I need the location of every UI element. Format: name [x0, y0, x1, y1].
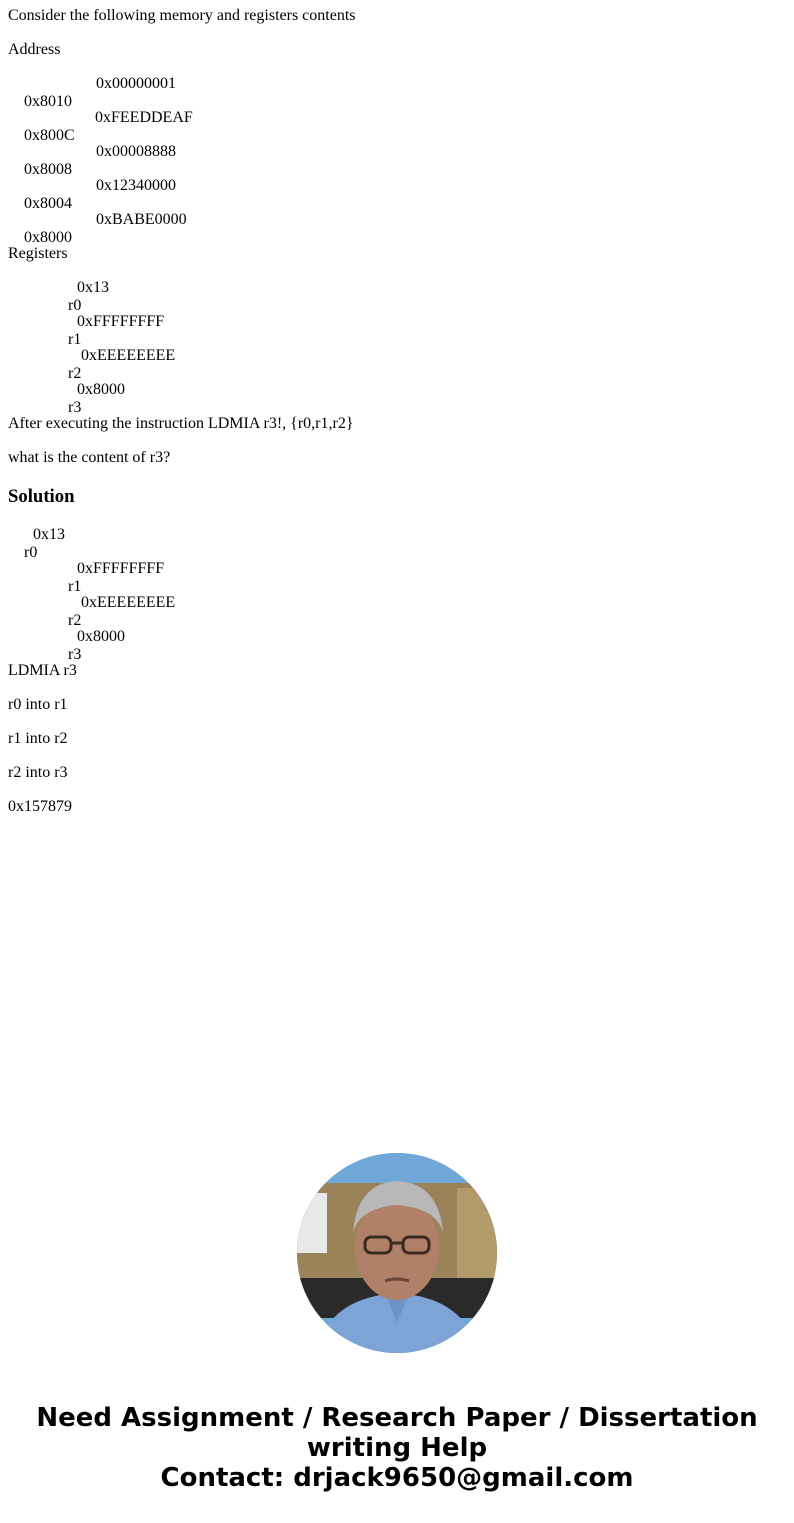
solution-register-row: r2 0xEEEEEEEE [52, 594, 252, 612]
register-name: r2 [68, 365, 81, 382]
promo-line-2: writing Help [0, 1433, 794, 1463]
solution-register-row: r1 0xFFFFFFFF [52, 560, 252, 578]
memory-row: 0x800C 0xFEEDDEAF [8, 109, 308, 127]
solution-heading: Solution [8, 486, 74, 508]
memory-value: 0x00008888 [96, 143, 176, 161]
memory-row: 0x8004 0x12340000 [8, 177, 308, 195]
register-name: r1 [68, 578, 81, 595]
register-name: r1 [68, 331, 81, 348]
register-value: 0x8000 [77, 628, 125, 646]
memory-address: 0x8010 [24, 93, 72, 110]
memory-address: 0x8000 [24, 229, 72, 246]
register-value: 0xEEEEEEEE [81, 594, 175, 612]
register-value: 0x13 [33, 526, 65, 544]
solution-step: r1 into r2 [8, 730, 68, 748]
register-row: r0 0x13 [52, 279, 252, 297]
memory-value: 0xFEEDDEAF [95, 109, 193, 127]
register-name: r3 [68, 646, 81, 663]
instruction-text: After executing the instruction LDMIA r3… [8, 415, 354, 433]
register-value: 0xFFFFFFFF [77, 560, 164, 578]
promo-line-1: Need Assignment / Research Paper / Disse… [0, 1403, 794, 1433]
register-name: r0 [68, 297, 81, 314]
memory-row: 0x8008 0x00008888 [8, 143, 308, 161]
register-value: 0x8000 [77, 381, 125, 399]
memory-header: Address [8, 41, 60, 59]
register-value: 0x13 [77, 279, 109, 297]
register-value: 0xEEEEEEEE [81, 347, 175, 365]
solution-step: r0 into r1 [8, 696, 68, 714]
promo-contact: Contact: drjack9650@gmail.com [0, 1463, 794, 1493]
register-value: 0xFFFFFFFF [77, 313, 164, 331]
memory-address: 0x800C [24, 127, 75, 144]
question-prompt: what is the content of r3? [8, 449, 170, 467]
solution-step: LDMIA r3 [8, 662, 77, 680]
solution-register-row: r0 0x13 [8, 526, 208, 544]
memory-row: 0x8010 0x00000001 [8, 75, 308, 93]
author-photo-icon [297, 1153, 497, 1353]
memory-row: 0x8000 0xBABE0000 [8, 211, 308, 229]
question-intro: Consider the following memory and regist… [8, 7, 355, 25]
solution-answer: 0x157879 [8, 798, 72, 816]
memory-address: 0x8008 [24, 161, 72, 178]
memory-address: 0x8004 [24, 195, 72, 212]
register-row: r3 0x8000 [52, 381, 252, 399]
register-name: r3 [68, 399, 81, 416]
register-row: r2 0xEEEEEEEE [52, 347, 252, 365]
memory-value: 0xBABE0000 [96, 211, 187, 229]
memory-value: 0x12340000 [96, 177, 176, 195]
register-name: r2 [68, 612, 81, 629]
registers-header: Registers [8, 245, 68, 263]
register-row: r1 0xFFFFFFFF [52, 313, 252, 331]
solution-step: r2 into r3 [8, 764, 68, 782]
promo-banner: Need Assignment / Research Paper / Disse… [0, 1403, 794, 1493]
register-name: r0 [24, 544, 37, 561]
memory-value: 0x00000001 [96, 75, 176, 93]
solution-register-row: r3 0x8000 [52, 628, 252, 646]
